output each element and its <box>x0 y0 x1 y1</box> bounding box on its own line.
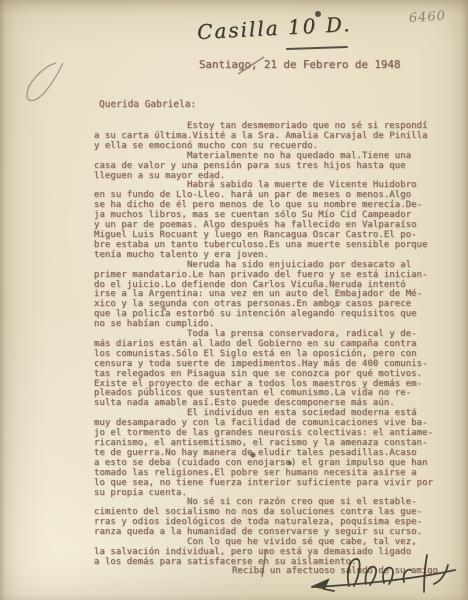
pencil-check-mark <box>27 63 63 101</box>
closing-line: Reciba un afectuoso saludo de su amigo <box>232 566 438 576</box>
casilla-underline <box>286 46 348 50</box>
salutation: Querida Gabriela: <box>99 99 196 110</box>
date-line: Santiago, 21 de Febrero de 1948 <box>199 58 401 71</box>
pencil-insertion-mark: s <box>162 304 167 314</box>
handwritten-casilla-note: Casilla 10 D. <box>196 12 351 44</box>
letter-body: Estoy tan desmemoriado que no sé si resp… <box>94 122 433 568</box>
pencil-archive-number: 6460 <box>408 9 446 27</box>
letter-page: Casilla 10 D. 6460 Santiago, 21 de Febre… <box>0 0 468 600</box>
